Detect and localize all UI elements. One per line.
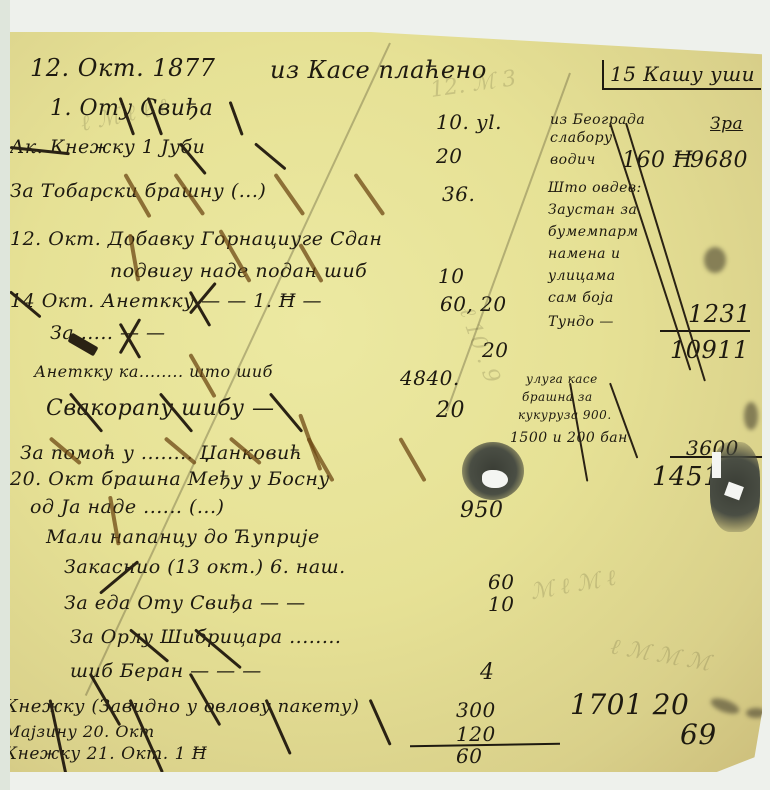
ink-stain bbox=[709, 695, 741, 717]
entry-text: Анеткку ка........ што шиб bbox=[34, 362, 273, 381]
ink-stain bbox=[704, 247, 726, 273]
entry-text: од Ја наде ...... (...) bbox=[30, 496, 224, 518]
bleed-through: ℳ ℓ ℳ ℓ bbox=[528, 565, 618, 606]
entry-text: Ак. Кнежку 1 Јуби bbox=[10, 136, 205, 158]
entry-amount: 10 bbox=[488, 592, 514, 616]
entry-amount: 10. уl. bbox=[436, 110, 502, 134]
right-note-line: бумемпарм bbox=[548, 224, 639, 240]
sum-rule bbox=[410, 743, 560, 748]
strikeout-line bbox=[609, 383, 638, 459]
right-note-line: улицама bbox=[548, 268, 616, 284]
entry-text: Кнежку (Завидно у овлову пакету) bbox=[4, 696, 359, 717]
right-note-line: водич bbox=[550, 152, 596, 168]
entry-text: Кнежку 21. Окт. 1 Ħ bbox=[4, 744, 207, 764]
strikeout-mark bbox=[353, 173, 385, 216]
entry-amount: 4 bbox=[480, 660, 495, 685]
entry-amount: 950 bbox=[460, 498, 504, 523]
entry-amount: 300 bbox=[456, 698, 496, 722]
header-boxed-note: 15 Кашу уши bbox=[602, 60, 761, 90]
entry-amount: 120 bbox=[456, 722, 496, 746]
entry-text: За еда Оту Свиђа — — bbox=[64, 592, 306, 614]
right-amount: 9680 bbox=[690, 148, 748, 173]
entry-amount: 60, 20 bbox=[440, 292, 507, 316]
ink-stain bbox=[744, 402, 758, 430]
header-title: из Касе плаћено bbox=[270, 56, 487, 84]
strikeout-mark bbox=[369, 699, 392, 746]
entry-text: 20. Окт брашна Међу у Босну bbox=[10, 468, 330, 490]
strikeout-mark bbox=[273, 173, 305, 216]
right-note-line: сам боја bbox=[548, 290, 614, 306]
entry-text: 12. Окт. Добавку Горнациуге Сдан bbox=[10, 228, 382, 250]
page-number: 69 bbox=[680, 718, 717, 751]
right-note-line: намена и bbox=[548, 246, 621, 262]
right-amount: 1231 bbox=[688, 300, 751, 328]
entry-amount: 4840. bbox=[400, 366, 460, 390]
right-qty: 160 Ħ bbox=[622, 148, 693, 173]
entry-text: 1. Оту Свиђа bbox=[50, 96, 213, 121]
entry-amount: 60 bbox=[488, 570, 514, 594]
strikeout-mark bbox=[229, 101, 244, 136]
header-date: 12. Окт. 1877 bbox=[30, 54, 215, 82]
hole bbox=[712, 452, 721, 478]
ink-stain bbox=[746, 708, 766, 718]
entry-text: 14 Окт. Анеткку — — 1. Ħ — bbox=[10, 290, 322, 312]
sum-rule bbox=[660, 330, 750, 332]
entry-amount: 36. bbox=[442, 182, 475, 206]
entry-amount: 20 bbox=[482, 338, 508, 362]
entry-text: Закаснио (13 окт.) 6. наш. bbox=[64, 556, 346, 578]
entry-text: Мајзину 20. Окт bbox=[4, 722, 155, 741]
document-paper: ℓ ℳ ℓ ℓ ℓ 12. ℳ 3 ℓ 10 . 9 ℳ ℓ ℳ ℓ ℓ ℳ ℳ… bbox=[10, 32, 762, 772]
right-note-line: брашна за bbox=[522, 390, 593, 404]
right-note-line: улуга касе bbox=[526, 372, 598, 386]
right-note-line: Тундо — bbox=[548, 314, 614, 330]
entry-amount: 60 bbox=[456, 744, 482, 768]
strikeout-mark bbox=[398, 437, 426, 482]
right-note-line: 1500 и 200 бан bbox=[510, 430, 628, 446]
bleed-through: ℓ ℳ ℳ ℳ bbox=[609, 633, 713, 676]
grand-total: 1701 20 bbox=[570, 688, 689, 721]
right-note-top: Зра bbox=[710, 114, 743, 134]
hole bbox=[482, 470, 508, 488]
entry-text: Мали напанцу до Ћуприје bbox=[46, 526, 320, 548]
entry-amount: 20 bbox=[436, 144, 462, 168]
entry-amount: 10 bbox=[438, 264, 464, 288]
right-note-line: кукуруза 900. bbox=[518, 408, 612, 422]
entry-amount: 20 bbox=[436, 398, 465, 423]
right-note-line: слабору bbox=[550, 130, 613, 146]
background-edge bbox=[0, 0, 10, 790]
right-note-line: из Београда bbox=[550, 112, 645, 128]
strikeout-mark bbox=[254, 142, 287, 170]
right-note-line: Заустан за bbox=[548, 202, 637, 218]
